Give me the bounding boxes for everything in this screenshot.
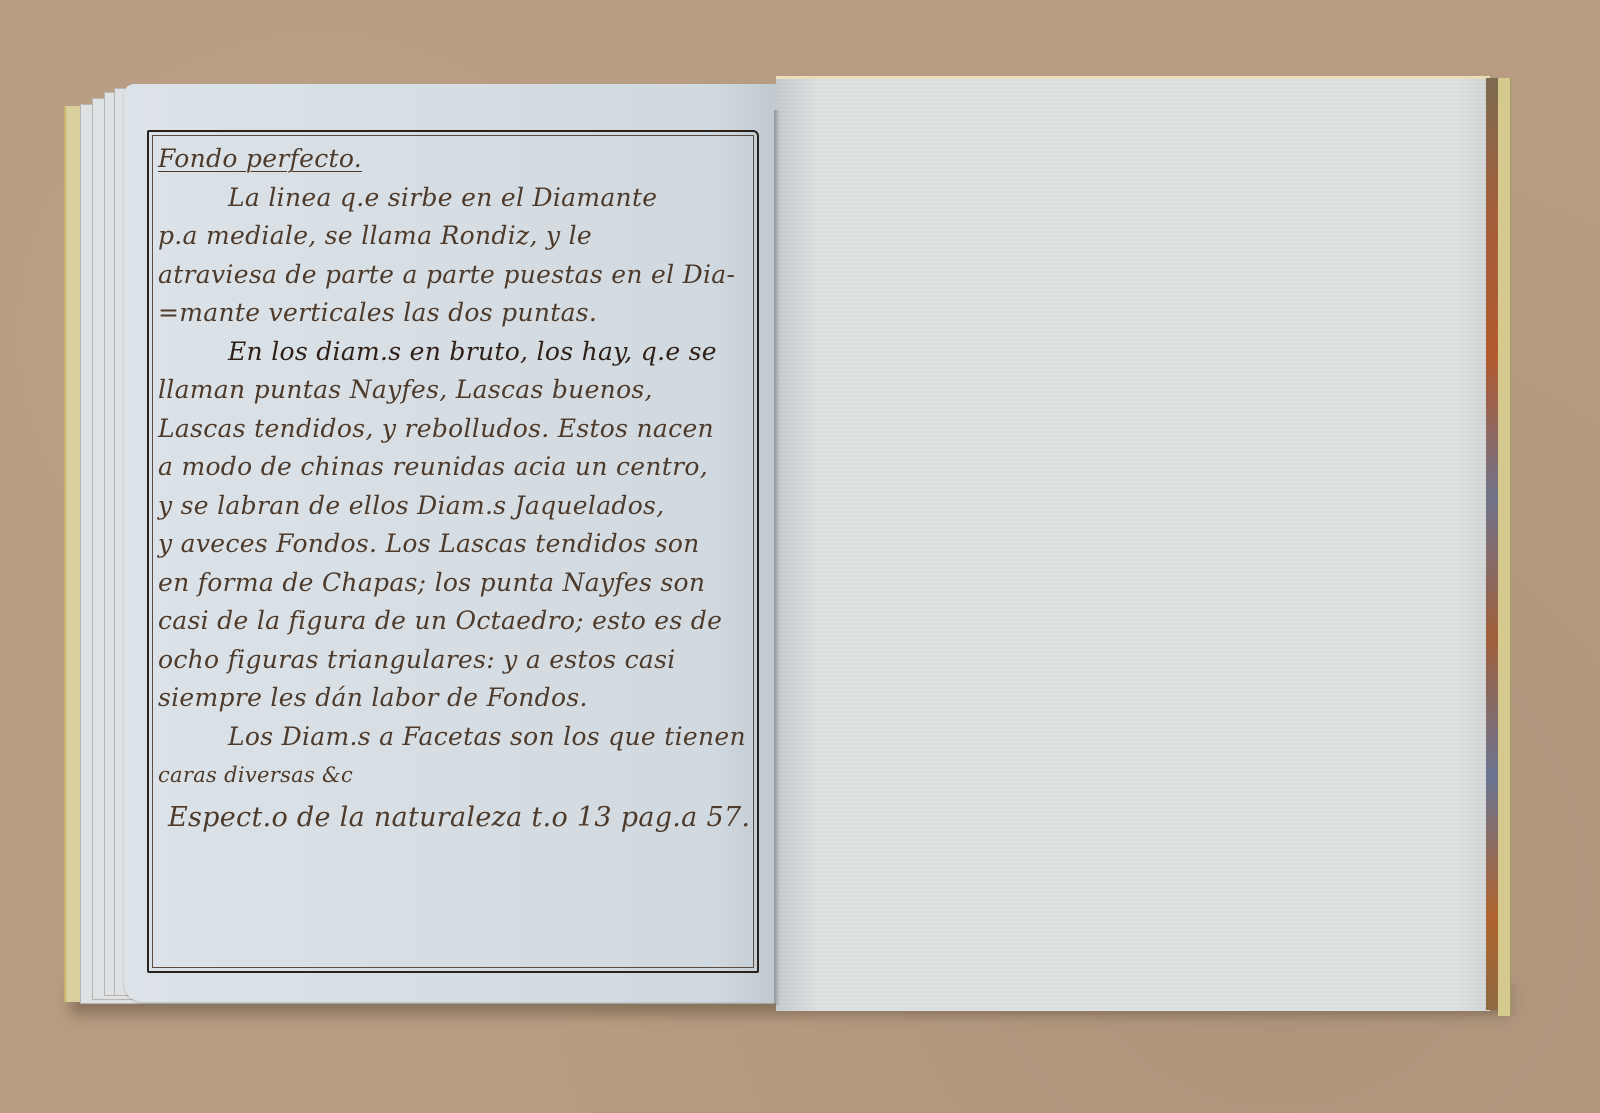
book-gutter — [774, 110, 780, 1005]
text-line: En los diam.s en bruto, los hay, q.e se — [158, 333, 758, 372]
right-cover-board — [1498, 78, 1511, 1016]
text-line: atraviesa de parte a parte puestas en el… — [158, 256, 758, 295]
text-line: llaman puntas Nayfes, Lascas buenos, — [158, 371, 758, 410]
text-line: siempre les dán labor de Fondos. — [158, 679, 758, 718]
text-line: casi de la figura de un Octaedro; esto e… — [158, 602, 758, 641]
text-line: caras diversas &c — [158, 756, 758, 795]
text-line: Los Diam.s a Facetas son los que tienen — [158, 718, 758, 757]
text-line: Lascas tendidos, y rebolludos. Estos nac… — [158, 410, 758, 449]
text-line: y se labran de ellos Diam.s Jaquelados, — [158, 487, 758, 526]
right-page-blank — [776, 76, 1490, 1011]
section-heading: Fondo perfecto. — [158, 140, 758, 179]
text-line: en forma de Chapas; los punta Nayfes son — [158, 564, 758, 603]
text-line: La linea q.e sirbe en el Diamante — [158, 179, 758, 218]
text-line: a modo de chinas reunidas acia un centro… — [158, 448, 758, 487]
text-line: =mante verticales las dos puntas. — [158, 294, 758, 333]
text-line: ocho figuras triangulares: y a estos cas… — [158, 641, 758, 680]
text-line: y aveces Fondos. Los Lascas tendidos son — [158, 525, 758, 564]
text-line: p.a mediale, se llama Rondiz, y le — [158, 217, 758, 256]
handwritten-text: Fondo perfecto. La linea q.e sirbe en el… — [158, 140, 758, 837]
citation: Espect.o de la naturaleza t.o 13 pag.a 5… — [158, 799, 758, 838]
